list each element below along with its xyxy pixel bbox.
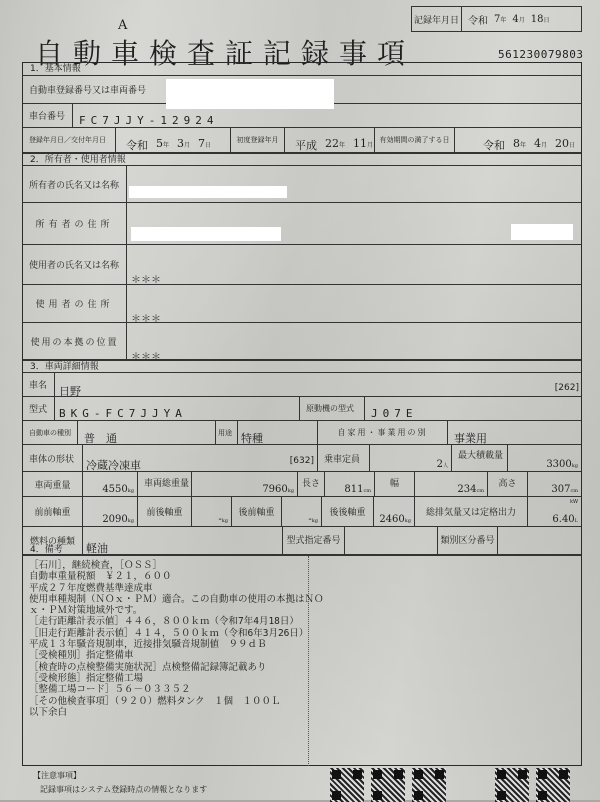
unit-cm: cm (476, 488, 484, 494)
remarks-line: ［受検種別］指定整備車 (29, 650, 324, 661)
expiry-year: 8 (513, 137, 520, 150)
body-cell: 冷蔵冷凍車 [632] (83, 445, 318, 471)
length-value: 811cm (344, 484, 371, 495)
issue-date-label: 登録年月日／交付年月日 (23, 128, 116, 152)
first-reg-era: 平成 (295, 137, 317, 153)
unit-kg: kg (222, 518, 228, 524)
unit-day: 日 (205, 142, 211, 149)
expiry-day: 20 (555, 137, 569, 150)
height-value: 307cm (551, 484, 578, 495)
expiry-label: 有効期間の満了する日 (375, 128, 455, 152)
issue-date-era: 令和 (126, 137, 148, 153)
form-mark: A (118, 18, 127, 33)
unit-year: 年 (163, 142, 169, 149)
qr-code-2 (371, 768, 405, 800)
first-reg-year: 22 (325, 137, 339, 150)
unit-month: 月 (367, 142, 373, 149)
unit-cm: cm (570, 488, 578, 494)
document-page: A 自動車検査証記録事項 記録年月日 令和 7年 4月 18日 56123007… (0, 0, 600, 800)
owner-address-redacted (131, 227, 281, 241)
gross-weight-value: 7960kg (262, 484, 294, 495)
width-number: 234 (457, 484, 476, 495)
first-reg-month: 11 (353, 137, 367, 150)
rr-axle-number: 2460 (379, 514, 404, 525)
unit-kw: kW (570, 499, 578, 505)
unit-month: 月 (541, 142, 547, 149)
body-code: [632] (290, 456, 314, 466)
first-reg-label: 初度登録年月 (231, 128, 285, 152)
height-label: 高さ (488, 472, 528, 496)
owner-name-row: 所有者の氏名又は名称 (23, 166, 581, 203)
gross-weight-label: 車両総重量 (138, 472, 192, 496)
unit-year: 年 (520, 142, 526, 149)
unit-year: 年 (339, 142, 345, 149)
remarks-line: 平成１３年騒音規制車，近接排気騒音規制値 ９９ｄＢ (29, 639, 324, 650)
capacity-label: 乗車定員 (318, 445, 370, 471)
remarks-line: 以下余白 (29, 707, 324, 718)
ff-axle-number: 2090 (102, 514, 127, 525)
remarks-line: ［旧走行距離計表示値］４１４，５００ｋｍ（令和6年3月26日） (29, 628, 324, 639)
type-designation-label: 型式指定番号 (283, 527, 345, 554)
width-value: 234cm (457, 484, 484, 495)
weight-cell: 4550kg (83, 472, 138, 496)
unit-month: 月 (519, 17, 525, 24)
user-address-row: 使用者の住所 ＊＊＊ (23, 285, 581, 323)
unit-year: 年 (500, 17, 506, 24)
gross-weight-cell: 7960kg (192, 472, 298, 496)
unit-liter: L (575, 518, 578, 524)
record-date-value: 令和 7年 4月 18日 (462, 7, 581, 31)
length-label: 長さ (298, 472, 325, 496)
expiry-month: 4 (534, 137, 541, 150)
displacement-number: 6.40 (552, 514, 574, 525)
first-reg-value: 平成 22年 11月 (295, 137, 373, 153)
category-row: 自動車の種別 普 通 用途 特種 自家用・事業用の別 事業用 (23, 421, 581, 445)
remarks-line: ［石川］，継続検査，［ＯＳＳ］ (29, 560, 324, 571)
private-business-value: 事業用 (454, 430, 487, 446)
model-row: 型式 BKG-FC7JJYA 原動機の型式 J07E (23, 397, 581, 421)
max-load-value: 3300kg (546, 459, 578, 470)
first-reg-cell: 平成 22年 11月 (285, 128, 375, 152)
section-remarks-heading: 4．備考 (30, 542, 63, 555)
remarks-line: ［検査時の点検整備実施状況］点検整備記録簿記載あり (29, 662, 324, 673)
width-cell: 234cm (415, 472, 488, 496)
rr-axle-value: 2460kg (379, 514, 411, 525)
width-label: 幅 (375, 472, 415, 496)
unit-cm: cm (363, 488, 371, 494)
issue-date-month: 3 (177, 137, 184, 150)
remarks-line: ［受検形態］指定整備工場 (29, 673, 324, 684)
caution-heading: 【注意事項】 (33, 770, 81, 781)
fr-axle-cell: -kg (192, 497, 232, 526)
model-cell: BKG-FC7JJYA (55, 397, 300, 420)
rf-axle-cell: -kg (282, 497, 322, 526)
base-location-label: 使用の本拠の位置 (23, 323, 127, 359)
max-load-number: 3300 (546, 459, 571, 470)
maker-label: 車名 (23, 373, 55, 396)
chassis-label: 車台番号 (23, 104, 73, 127)
remarks-line: ［整備工場コード］５６－０３３５２ (29, 684, 324, 695)
user-name-label: 使用者の氏名又は名称 (23, 245, 127, 284)
fuel-cell: 軽油 (83, 527, 283, 554)
issue-date-year: 5 (156, 137, 163, 150)
record-date-label: 記録年月日 (412, 7, 462, 31)
qr-code-1 (330, 768, 364, 800)
unit-kg: kg (128, 518, 134, 524)
unit-kg: kg (312, 518, 318, 524)
remarks-line: ［その他検査事項］（９２０）燃料タンク １個 １００Ｌ (29, 696, 324, 707)
record-date-era: 令和 (468, 12, 488, 27)
weight-number: 4550 (102, 484, 127, 495)
user-address-label: 使用者の住所 (23, 285, 127, 322)
remarks-line: 自動車重量税額 ￥２１，６００ (29, 571, 324, 582)
rr-axle-label: 後後軸重 (322, 497, 374, 526)
user-name-row: 使用者の氏名又は名称 ＊＊＊ (23, 245, 581, 285)
type-designation-value (345, 527, 438, 554)
weight-value: 4550kg (102, 484, 134, 495)
unit-day: 日 (544, 17, 550, 24)
record-date-day: 18 (531, 14, 544, 25)
remarks-text: ［石川］，継続検査，［ＯＳＳ］自動車重量税額 ￥２１，６００平成２７年度燃費基準… (29, 560, 324, 718)
unit-kg: kg (128, 488, 134, 494)
usage-label: 用途 (216, 421, 238, 444)
dates-row: 登録年月日／交付年月日 令和 5年 3月 7日 初度登録年月 平成 22年 11… (23, 128, 581, 153)
weight-row: 車両重量 4550kg 車両総重量 7960kg 長さ 811cm 幅 234c… (23, 472, 581, 497)
category-cell: 普 通 (78, 421, 216, 444)
issue-date-value: 令和 5年 3月 7日 (126, 137, 211, 153)
qr-code-4 (495, 768, 529, 800)
owner-name-redacted (129, 186, 287, 198)
remarks-line: ［走行距離計表示値］４４６，８００ｋｍ（令和7年4月18日） (29, 616, 324, 627)
chassis-row: 車台番号 FC7JJY-12924 (23, 104, 581, 128)
unit-day: 日 (569, 142, 575, 149)
max-load-label: 最大積載量 (452, 445, 508, 471)
body-label: 車体の形状 (23, 445, 83, 471)
length-cell: 811cm (325, 472, 375, 496)
fuel-value: 軽油 (86, 540, 108, 556)
remarks-line: ｘ・ＰＭ対策地域外です。 (29, 605, 324, 616)
gross-weight-number: 7960 (262, 484, 287, 495)
owner-address-label: 所有者の住所 (23, 203, 127, 244)
model-value: BKG-FC7JJYA (59, 407, 187, 420)
remarks-line: 使用車種規制（ＮＯｘ・ＰＭ）適合。この自動車の使用の本拠はＮＯ (29, 594, 324, 605)
expiry-value: 令和 8年 4月 20日 (483, 137, 575, 153)
owner-name-label: 所有者の氏名又は名称 (23, 166, 127, 202)
category-value: 普 通 (84, 430, 117, 446)
issue-date-day: 7 (198, 137, 205, 150)
category-label: 自動車の種別 (23, 421, 78, 444)
body-value: 冷蔵冷凍車 (86, 457, 141, 473)
remarks-box: ［石川］，継続検査，［ＯＳＳ］自動車重量税額 ￥２１，６００平成２７年度燃費基準… (23, 555, 581, 766)
owner-address-code-redacted (511, 224, 573, 240)
unit-kg: kg (572, 463, 578, 469)
qr-code-5 (536, 768, 570, 800)
user-name-value: ＊＊＊ (131, 271, 161, 286)
engine-label: 原動機の型式 (300, 397, 365, 420)
fuel-row: 燃料の種類 軽油 型式指定番号 類別区分番号 (23, 527, 581, 555)
ff-axle-cell: 2090kg (83, 497, 138, 526)
section-owner-user-heading: 2．所有者・使用者情報 (23, 153, 581, 166)
unit-kg: kg (405, 518, 411, 524)
rf-axle-value: -kg (308, 514, 318, 525)
height-number: 307 (551, 484, 570, 495)
caution-text: 記録事項はシステム登録時点の情報となります (40, 784, 207, 795)
ff-axle-label: 前前軸重 (23, 497, 83, 526)
capacity-cell: 2人 (370, 445, 452, 471)
unit-person: 人 (443, 463, 448, 469)
length-number: 811 (344, 484, 363, 495)
axle-row: 前前軸重 2090kg 前後軸重 -kg 後前軸重 -kg 後後軸重 2460k… (23, 497, 581, 527)
private-business-label: 自家用・事業用の別 (318, 421, 448, 444)
registration-label: 自動車登録番号又は車両番号 (23, 76, 168, 103)
capacity-value: 2人 (437, 459, 448, 470)
qr-code-3 (412, 768, 446, 800)
maker-row: 車名 日野 [262] (23, 373, 581, 397)
ff-axle-value: 2090kg (102, 514, 134, 525)
rf-axle-label: 後前軸重 (232, 497, 282, 526)
rr-axle-cell: 2460kg (374, 497, 415, 526)
unit-kg: kg (288, 488, 294, 494)
owner-address-row: 所有者の住所 (23, 203, 581, 245)
usage-cell: 特種 (238, 421, 318, 444)
displacement-value: 6.40L (552, 514, 578, 525)
model-label: 型式 (23, 397, 55, 420)
issue-date-cell: 令和 5年 3月 7日 (116, 128, 231, 152)
fr-axle-value: -kg (218, 514, 228, 525)
unit-month: 月 (184, 142, 190, 149)
class-number-label: 類別区分番号 (438, 527, 498, 554)
fr-axle-label: 前後軸重 (138, 497, 192, 526)
document-number: 561230079803 (498, 48, 583, 61)
base-location-row: 使用の本拠の位置 ＊＊＊ (23, 323, 581, 360)
section-basic-info-heading: 1．基本情報 (23, 63, 581, 76)
registration-row: 自動車登録番号又は車両番号 (23, 76, 581, 104)
expiry-era: 令和 (483, 137, 505, 153)
displacement-label: 総排気量又は定格出力 (415, 497, 528, 526)
chassis-value: FC7JJY-12924 (79, 114, 218, 127)
maker-code: [262] (555, 383, 579, 393)
record-form: 1．基本情報 自動車登録番号又は車両番号 車台番号 FC7JJY-12924 登… (22, 62, 582, 766)
section-vehicle-heading: 3．車両詳細情報 (23, 360, 581, 373)
record-date-box: 記録年月日 令和 7年 4月 18日 (411, 6, 582, 32)
weight-label: 車両重量 (23, 472, 83, 496)
remarks-line: 平成２７年度燃費基準達成車 (29, 583, 324, 594)
usage-value: 特種 (241, 430, 263, 446)
engine-value: J07E (371, 407, 418, 420)
body-row: 車体の形状 冷蔵冷凍車 [632] 乗車定員 2人 最大積載量 3300kg (23, 445, 581, 472)
